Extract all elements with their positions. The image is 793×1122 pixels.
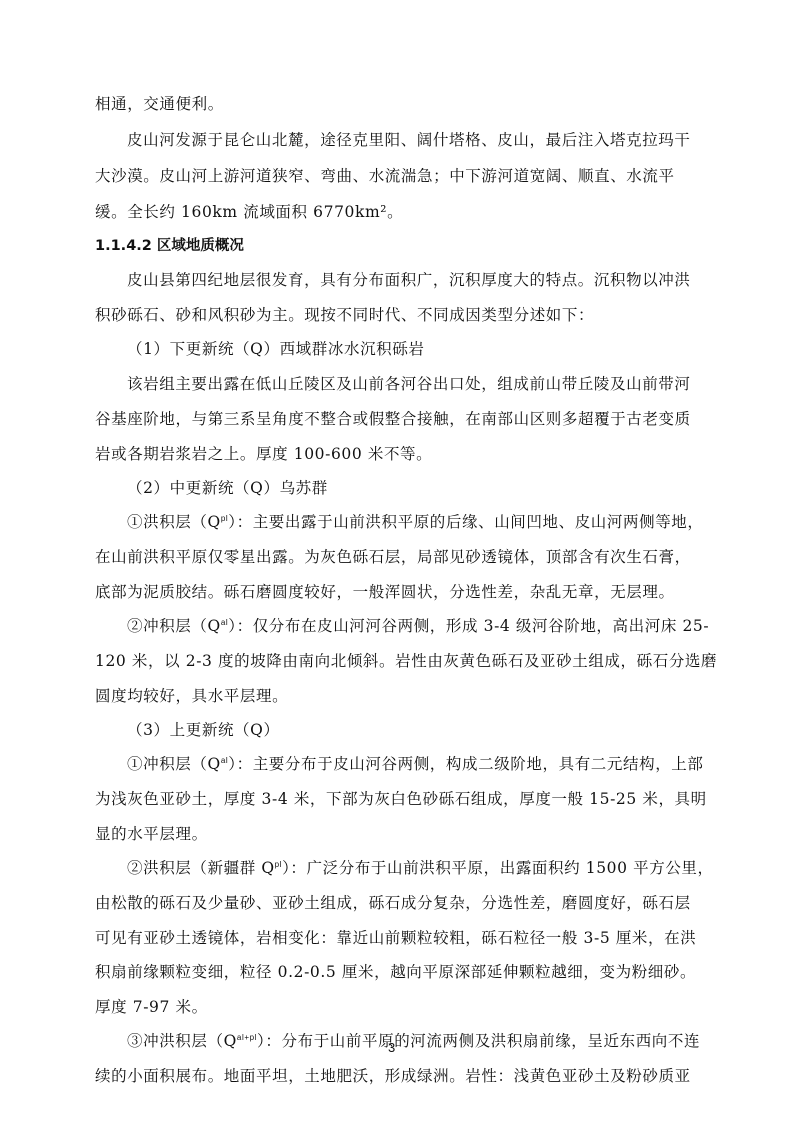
stratum-line: 积扇前缘颗粒变细，粒径 0.2-0.5 厘米，越向平原深部延伸颗粒越细，变为粉细…: [95, 962, 705, 982]
stratum-line: 厚度 7-97 米。: [95, 997, 705, 1017]
paragraph-line: 积砂砾石、砂和风积砂为主。现按不同时代、不同成因类型分述如下：: [95, 305, 705, 325]
stratum-line: （3）上更新统（Q）: [127, 720, 737, 740]
line-suffix: ）：仅分布在皮山河河谷两侧，形成 3-4 级河谷阶地，高出河床 25-: [228, 617, 709, 635]
line-prefix: ③冲洪积层（Q: [127, 1032, 237, 1050]
stratum-line: 圆度均较好，具水平层理。: [95, 686, 705, 706]
stratum-line: 为浅灰色亚砂土，厚度 3-4 米，下部为灰白色砂砾石组成，厚度一般 15-25 …: [95, 789, 705, 809]
stratum-line: ①洪积层（Qpl）：主要出露于山前洪积平原的后缘、山间凹地、皮山河两侧等地，: [127, 512, 737, 532]
stratum-line: ②洪积层（新疆群 Qpl）：广泛分布于山前洪积平原，出露面积约 1500 平方公…: [127, 858, 737, 878]
stratum-line: 底部为泥质胶结。砾石磨圆度较好，一般浑圆状，分选性差，杂乱无章，无层理。: [95, 582, 705, 602]
page-number: 3: [388, 1040, 395, 1055]
paragraph-line: （2）中更新统（Q）乌苏群: [127, 478, 737, 498]
paragraph-line: 大沙漠。皮山河上游河道狭窄、弯曲、水流湍急；中下游河道宽阔、顺直、水流平: [95, 166, 705, 186]
line-suffix: ）：广泛分布于山前洪积平原，出露面积约 1500 平方公里，: [282, 859, 714, 877]
stratum-line: 在山前洪积平原仅零星出露。为灰色砾石层，局部见砂透镜体，顶部含有次生石膏，: [95, 547, 705, 567]
paragraph-line: 皮山河发源于昆仑山北麓，途径克里阳、阔什塔格、皮山，最后注入塔克拉玛干: [127, 130, 737, 150]
document-page: 相通，交通便利。皮山河发源于昆仑山北麓，途径克里阳、阔什塔格、皮山，最后注入塔克…: [0, 0, 793, 1122]
stratum-line: 可见有亚砂土透镜体，岩相变化：靠近山前颗粒较粗，砾石粒径一般 3-5 厘米，在洪: [95, 928, 705, 948]
stratum-line: 由松散的砾石及少量砂、亚砂土组成，砾石成分复杂，分选性差，磨圆度好，砾石层: [95, 893, 705, 913]
line-prefix: ②冲积层（Q: [127, 617, 221, 635]
paragraph-line: （1）下更新统（Q）西域群冰水沉积砾岩: [127, 339, 737, 359]
stratum-line: 显的水平层理。: [95, 824, 705, 844]
paragraph-line: 该岩组主要出露在低山丘陵区及山前各河谷出口处，组成前山带丘陵及山前带河: [127, 374, 737, 394]
stratum-line: ②冲积层（Qal）：仅分布在皮山河河谷两侧，形成 3-4 级河谷阶地，高出河床 …: [127, 616, 737, 636]
paragraph-line: 缓。全长约 160km 流域面积 6770km²。: [95, 202, 705, 222]
paragraph-line: 相通，交通便利。: [95, 94, 705, 114]
stratum-line: 120 米，以 2-3 度的坡降由南向北倾斜。岩性由灰黄色砾石及亚砂土组成，砾石…: [95, 651, 705, 671]
stratum-superscript: pl: [275, 860, 282, 869]
section-heading: 1.1.4.2 区域地质概况: [95, 236, 705, 256]
line-prefix: ①洪积层（Q: [127, 513, 221, 531]
paragraph-line: 谷基座阶地，与第三系呈角度不整合或假整合接触，在南部山区则多超覆于古老变质: [95, 409, 705, 429]
paragraph-line: 皮山县第四纪地层很发育，具有分布面积广，沉积厚度大的特点。沉积物以冲洪: [127, 270, 737, 290]
stratum-line: ③冲洪积层（Qal+pl）：分布于山前平原的河流两侧及洪积扇前缘，呈近东西向不连: [127, 1031, 737, 1051]
line-suffix: ）：主要出露于山前洪积平原的后缘、山间凹地、皮山河两侧等地，: [228, 513, 703, 531]
stratum-line: 续的小面积展布。地面平坦，土地肥沃，形成绿洲。岩性：浅黄色亚砂土及粉砂质亚: [95, 1066, 705, 1086]
stratum-superscript: al+pl: [237, 1033, 257, 1042]
paragraph-line: 岩或各期岩浆岩之上。厚度 100-600 米不等。: [95, 444, 705, 464]
line-prefix: ①冲积层（Q: [127, 755, 221, 773]
stratum-line: ①冲积层（Qal）：主要分布于皮山河谷两侧，构成二级阶地，具有二元结构，上部: [127, 754, 737, 774]
line-suffix: ）：分布于山前平原的河流两侧及洪积扇前缘，呈近东西向不连: [257, 1032, 700, 1050]
line-suffix: ）：主要分布于皮山河谷两侧，构成二级阶地，具有二元结构，上部: [228, 755, 703, 773]
line-prefix: ②洪积层（新疆群 Q: [127, 859, 275, 877]
